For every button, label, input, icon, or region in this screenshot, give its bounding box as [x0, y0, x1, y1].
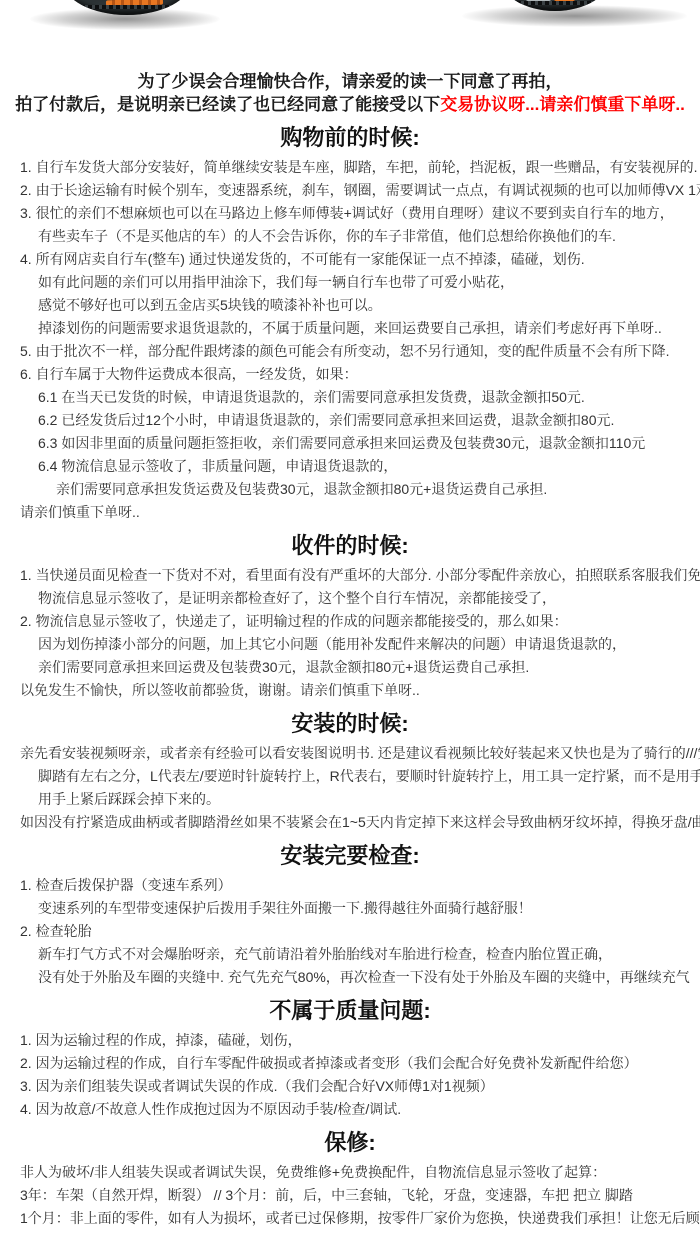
- section-3: 安装完要检查:1. 检查后拨保护器（变速车系列）变速系列的车型带变速保护后拨用手…: [0, 843, 700, 989]
- intro-line-2: 拍了付款后，是说明亲已经读了也已经同意了能接受以下交易协议呀...请亲们慎重下单…: [0, 93, 700, 116]
- text-line: 以免发生不愉快，所以签收前都验货，谢谢。请亲们慎重下单呀..: [0, 679, 700, 702]
- intro-notice: 为了少误会合理愉快合作，请亲爱的读一下同意了再拍， 拍了付款后，是说明亲已经读了…: [0, 70, 700, 116]
- text-line: 2. 物流信息显示签收了，快递走了，证明输过程的作成的问题亲都能接受的，那么如果…: [0, 610, 700, 633]
- text-line: 5. 由于批次不一样，部分配件跟烤漆的颜色可能会有所变动，恕不另行通知，变的配件…: [0, 340, 700, 363]
- text-line: 用手上紧后踩踩会掉下来的。: [0, 788, 700, 811]
- text-line: 4. 所有网店卖自行车(整车) 通过快递发货的，不可能有一家能保证一点不掉漆，磕…: [0, 248, 700, 271]
- text-line: 脚踏有左右之分，L代表左/要逆时针旋转拧上，R代表右，要顺时针旋转拧上，用工具一…: [0, 765, 700, 788]
- intro-line-1: 为了少误会合理愉快合作，请亲爱的读一下同意了再拍，: [0, 70, 700, 93]
- text-line: 4. 因为故意/不故意人性作成抱过因为不原因动手装/检查/调试.: [0, 1098, 700, 1121]
- tire-tread-texture: [67, 5, 187, 9]
- text-line: 如因没有拧紧造成曲柄或者脚踏滑丝如果不装紧会在1~5天内肯定掉下来这样会导致曲柄…: [0, 811, 700, 834]
- text-line: 如有此问题的亲们可以用指甲油涂下，我们每一辆自行车也带了可爱小贴花，: [0, 271, 700, 294]
- text-line: 请亲们慎重下单呀..: [0, 501, 700, 524]
- text-line: 6. 自行车属于大物件运费成本很高，一经发货，如果：: [0, 363, 700, 386]
- text-line: 6.4 物流信息显示签收了，非质量问题，申请退货退款的，: [0, 455, 700, 478]
- section-2: 安装的时候:亲先看安装视频呀亲，或者亲有经验可以看安装图说明书. 还是建议看视频…: [0, 711, 700, 834]
- text-line: 2. 由于长途运输有时候个别车，变速器系统，刹车，钢圈，需要调试一点点，有调试视…: [0, 179, 700, 202]
- text-line: 变速系列的车型带变速保护后拨用手架往外面搬一下.搬得越往外面骑行越舒服！: [0, 897, 700, 920]
- product-photo-strip: [0, 0, 700, 40]
- text-line: 1. 当快递员面见检查一下货对不对，看里面有没有严重坏的大部分. 小部分零配件亲…: [0, 564, 700, 587]
- section-heading: 不属于质量问题:: [0, 998, 700, 1024]
- text-line: 6.2 已经发货后过12个小时，申请退货退款的，亲们需要同意承担来回运费，退款金…: [0, 409, 700, 432]
- text-line: 6.1 在当天已发货的时候，申请退货退款的，亲们需要同意承担发货费，退款金额扣5…: [0, 386, 700, 409]
- section-0: 购物前的时候:1. 自行车发货大部分安装好，简单继续安装是车座，脚踏，车把，前轮…: [0, 125, 700, 524]
- product-terms-page: 为了少误会合理愉快合作，请亲爱的读一下同意了再拍， 拍了付款后，是说明亲已经读了…: [0, 0, 700, 1233]
- text-line: 掉漆划伤的问题需要求退货退款的，不属于质量问题，来回运费要自己承担，请亲们考虑好…: [0, 317, 700, 340]
- terms-sections: 购物前的时候:1. 自行车发货大部分安装好，简单继续安装是车座，脚踏，车把，前轮…: [0, 125, 700, 1230]
- section-1: 收件的时候:1. 当快递员面见检查一下货对不对，看里面有没有严重坏的大部分. 小…: [0, 533, 700, 702]
- text-line: 2. 检查轮胎: [0, 920, 700, 943]
- section-heading: 保修:: [0, 1130, 700, 1156]
- text-line: 1个月：非上面的零件，如有人为损坏，或者已过保修期，按零件厂家价为您换，快递费我…: [0, 1207, 700, 1230]
- section-heading: 购物前的时候:: [0, 125, 700, 151]
- section-heading: 安装完要检查:: [0, 843, 700, 869]
- intro-line-2-black: 拍了付款后，是说明亲已经读了也已经同意了能接受以下: [15, 95, 440, 114]
- text-line: 亲们需要同意承担发货运费及包装费30元，退款金额扣80元+退货运费自己承担.: [0, 478, 700, 501]
- text-line: 亲们需要同意承担来回运费及包装费30元，退款金额扣80元+退货运费自己承担.: [0, 656, 700, 679]
- text-line: 没有处于外胎及车圈的夹缝中. 充气先充气80%，再次检查一下没有处于外胎及车圈的…: [0, 966, 700, 989]
- text-line: 1. 检查后拨保护器（变速车系列）: [0, 874, 700, 897]
- section-4: 不属于质量问题:1. 因为运输过程的作成，掉漆，磕碰，划伤，2. 因为运输过程的…: [0, 998, 700, 1121]
- text-line: 6.3 如因非里面的质量问题拒签拒收，亲们需要同意承担来回运费及包装费30元，退…: [0, 432, 700, 455]
- intro-line-2-red-agreement: 交易协议呀...请亲们慎重下单呀..: [440, 95, 685, 114]
- text-line: 非人为破坏/非人组装失误或者调试失误，免费维修+免费换配件，自物流信息显示签收了…: [0, 1161, 700, 1184]
- text-line: 1. 因为运输过程的作成，掉漆，磕碰，划伤，: [0, 1029, 700, 1052]
- text-line: 3. 因为亲们组装失误或者调试失误的作成.（我们会配合好VX师傅1对1视频）: [0, 1075, 700, 1098]
- section-heading: 安装的时候:: [0, 711, 700, 737]
- text-line: 感觉不够好也可以到五金店买5块钱的喷漆补补也可以。: [0, 294, 700, 317]
- text-line: 3. 很忙的亲们不想麻烦也可以在马路边上修车师傅装+调试好（费用自理呀）建议不要…: [0, 202, 700, 225]
- text-line: 新车打气方式不对会爆胎呀亲，充气前请沿着外胎胎线对车胎进行检查，检查内胎位置正确…: [0, 943, 700, 966]
- text-line: 因为划伤掉漆小部分的问题，加上其它小问题（能用补发配件来解决的问题）申请退货退款…: [0, 633, 700, 656]
- text-line: 1. 自行车发货大部分安装好，简单继续安装是车座，脚踏，车把，前轮，挡泥板，跟一…: [0, 156, 700, 179]
- text-line: 亲先看安装视频呀亲，或者亲有经验可以看安装图说明书. 还是建议看视频比较好装起来…: [0, 742, 700, 765]
- section-heading: 收件的时候:: [0, 533, 700, 559]
- text-line: 3年：车架（自然开焊，断裂） // 3个月：前，后，中三套轴，飞轮，牙盘，变速器…: [0, 1184, 700, 1207]
- section-5: 保修:非人为破坏/非人组装失误或者调试失误，免费维修+免费换配件，自物流信息显示…: [0, 1130, 700, 1230]
- text-line: 2. 因为运输过程的作成，自行车零配件破损或者掉漆或者变形（我们会配合好免费补发…: [0, 1052, 700, 1075]
- tire-tread-texture: [503, 1, 606, 5]
- text-line: 物流信息显示签收了，是证明亲都检查好了，这个整个自行车情况，亲都能接受了，: [0, 587, 700, 610]
- text-line: 有些卖车子（不是买他店的车）的人不会告诉你，你的车子非常值，他们总想给你换他们的…: [0, 225, 700, 248]
